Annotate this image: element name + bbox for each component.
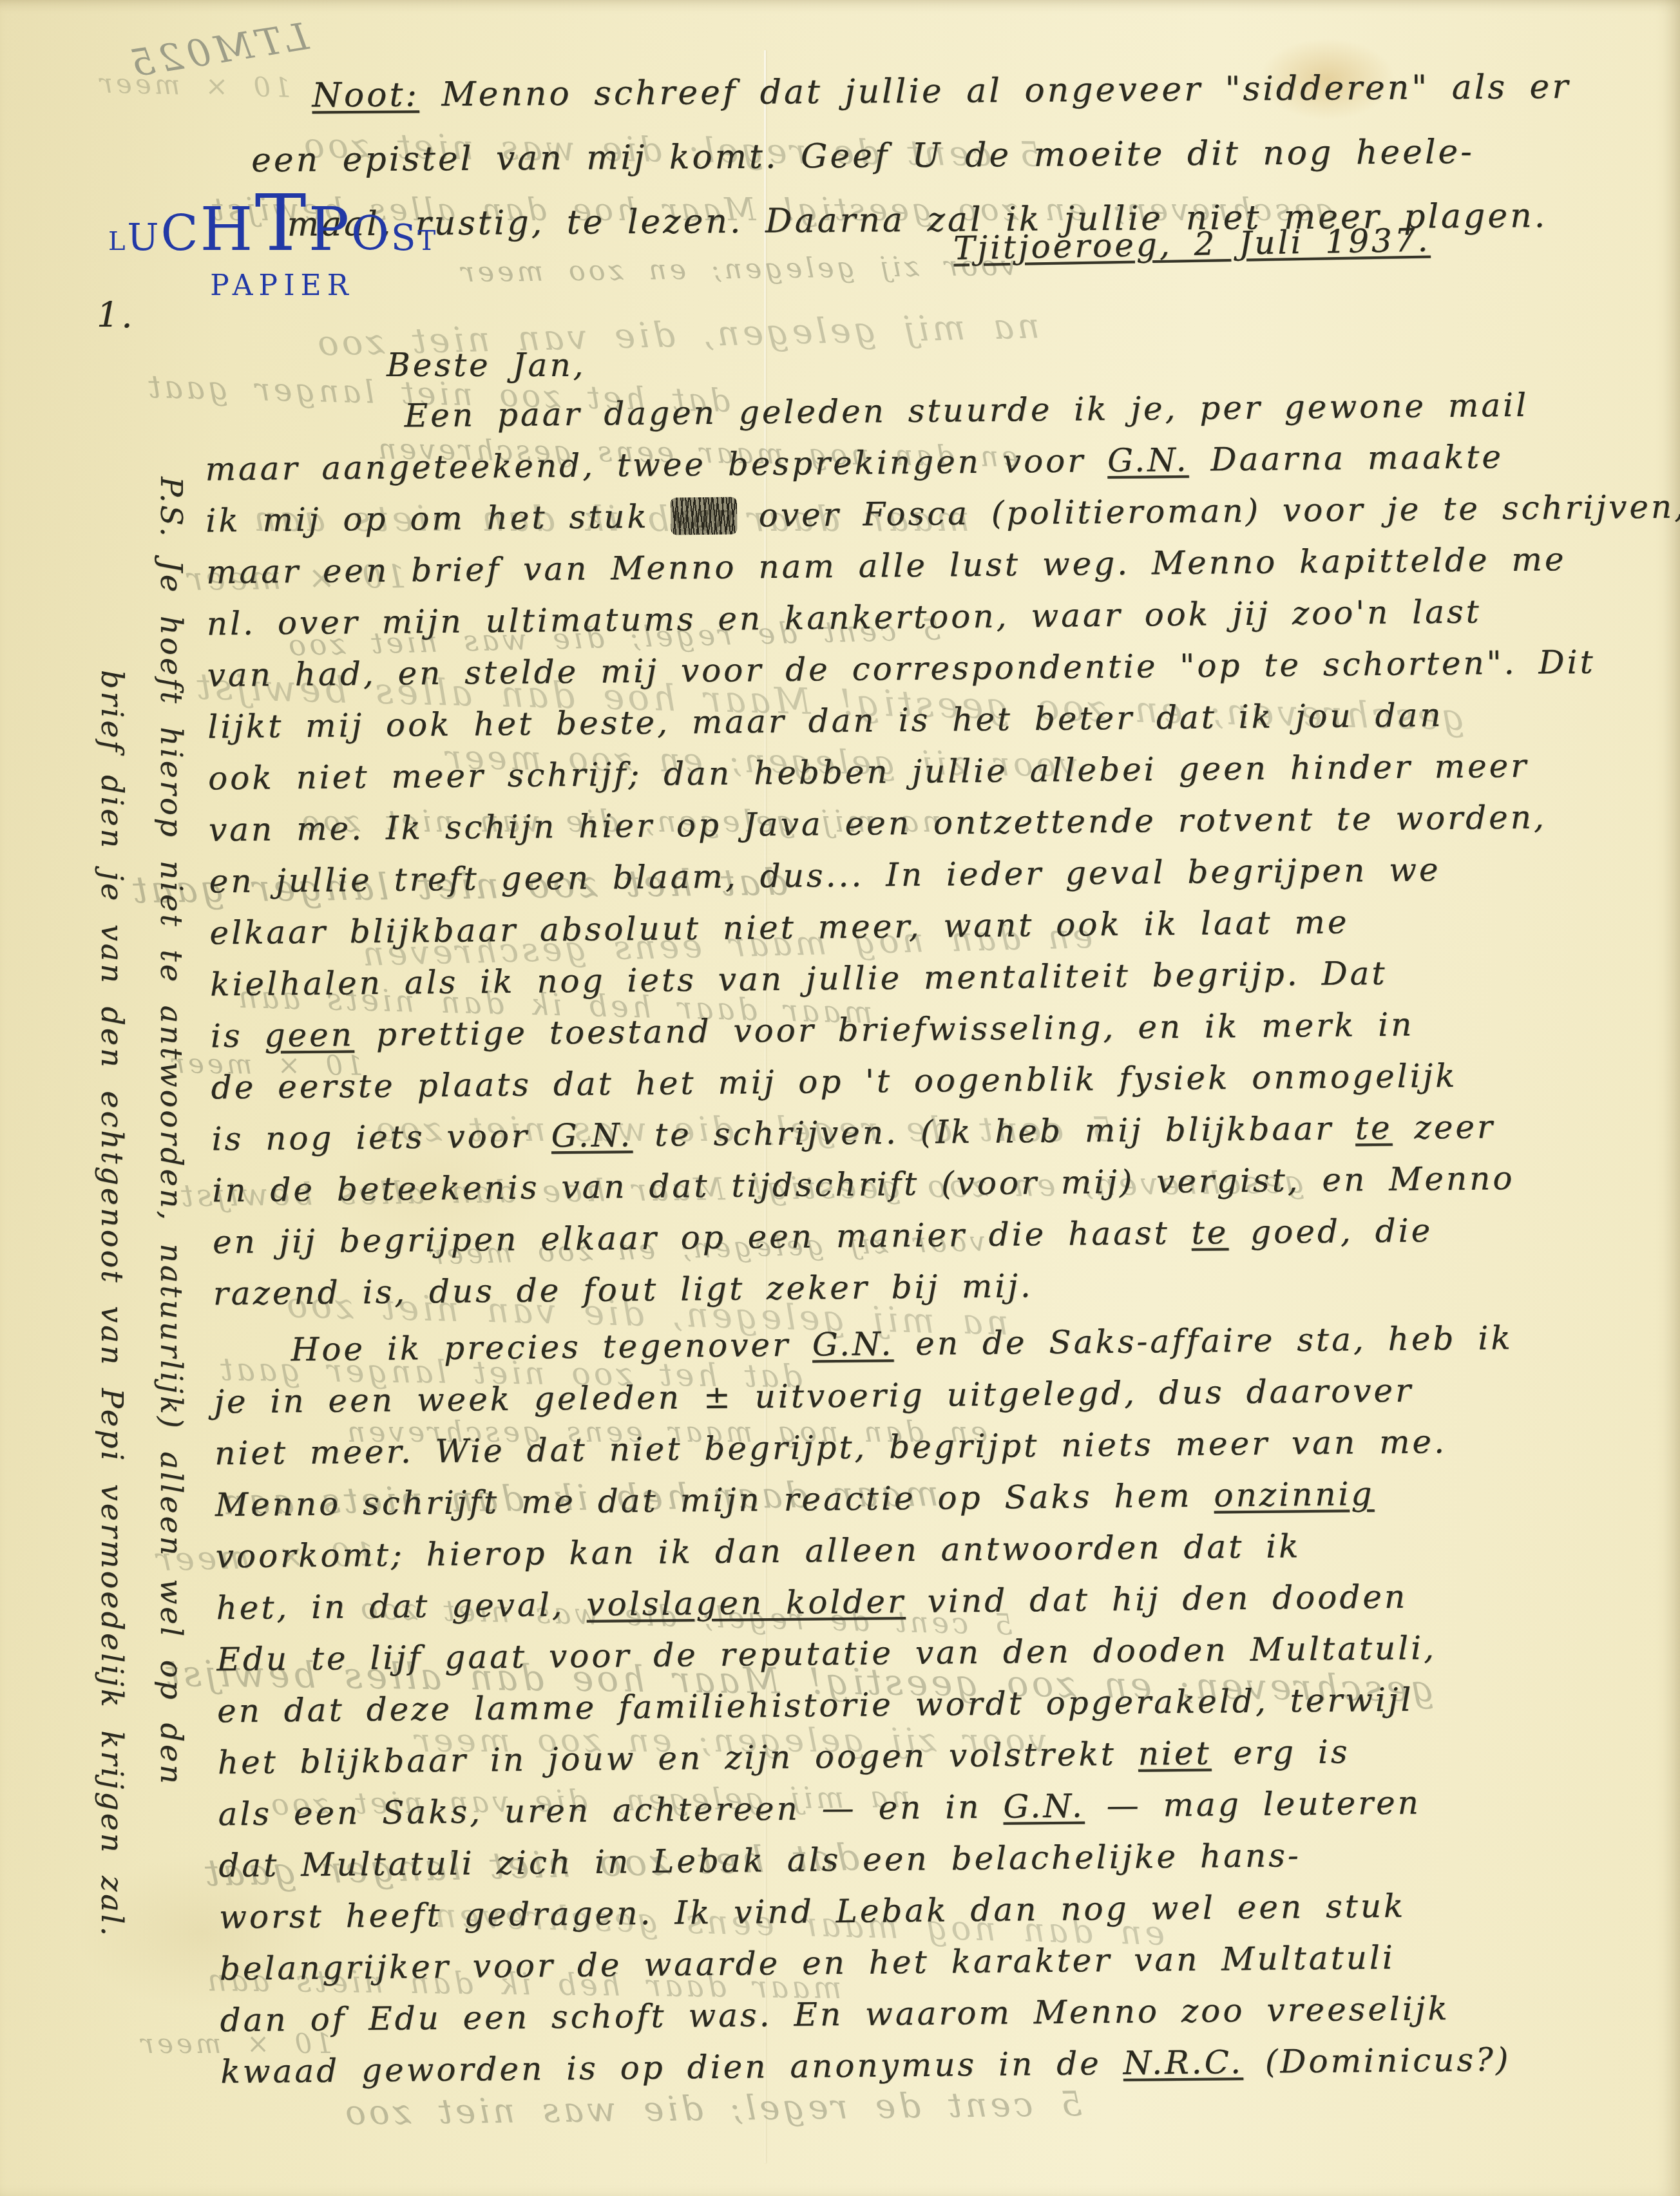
text-segment: G.N. [551, 1116, 633, 1154]
letterhead-letter: S [391, 220, 415, 256]
text-segment: je in een week geleden ± uitvoerig uitge… [214, 1371, 1413, 1420]
text-segment: G.N. [812, 1325, 894, 1363]
text-segment: en dat deze lamme familiehistorie wordt … [217, 1681, 1414, 1730]
text-segment: prettige toestand voor briefwisseling, e… [354, 1006, 1415, 1053]
text-segment: vind dat hij den dooden [906, 1578, 1408, 1620]
text-segment: niet [1138, 1735, 1211, 1773]
text-segment: het blijkbaar in jouw en zijn oogen vols… [217, 1735, 1138, 1782]
text-segment: Hoe ik precies tegenover [291, 1326, 812, 1368]
text-segment: geen [264, 1016, 354, 1054]
text-segment: zeer [1392, 1108, 1495, 1147]
paragraph-2: Hoe ik precies tegenover G.N. en de Saks… [213, 1312, 1612, 2098]
text-segment: voorkomt; hierop kan ik dan alleen antwo… [215, 1527, 1301, 1575]
letterhead-letter: H [200, 200, 253, 260]
handwritten-line: Noot: Menno schreef dat jullie al ongeve… [251, 55, 1571, 128]
text-segment: belangrijker voor de waarde en het karak… [220, 1939, 1395, 1988]
text-segment: Noot: [312, 75, 419, 115]
text-segment: van me. Ik schijn hier op Java een ontze… [209, 798, 1547, 848]
letterhead-papier: PAPIER [108, 269, 456, 302]
text-segment: G.N. [1107, 441, 1189, 479]
letterhead-letter: T [255, 186, 307, 263]
margin-postscript: P.S. Je hoeft hierop niet te antwoorden,… [82, 477, 201, 1938]
text-segment: Edu te lijf gaat voor de reputatie van d… [216, 1629, 1437, 1678]
text-segment: ook niet meer schrijf; dan hebben jullie… [208, 747, 1529, 797]
text-segment: en de Saks-affaire sta, heb ik [893, 1319, 1513, 1362]
text-segment: een epistel van mij komt. Geef U de moei… [251, 133, 1475, 180]
text-segment: worst heeft gedragen. Ik vind Lebak dan … [219, 1887, 1406, 1936]
text-segment: dat Multatuli zich in Lebak als een bela… [218, 1837, 1301, 1884]
letterhead-letter: U [128, 218, 159, 256]
text-segment: elkaar blijkbaar absoluut niet meer, wan… [209, 903, 1349, 951]
handwritten-line: een epistel van mij komt. Geef U de moei… [251, 119, 1572, 193]
text-segment: goed, die [1228, 1212, 1433, 1251]
postscript-line: brief dien je van den echtgenoot van Pep… [82, 477, 142, 1938]
text-segment: in de beteekenis van dat tijdschrift (vo… [212, 1160, 1515, 1209]
text-segment: is nog iets voor [211, 1117, 551, 1158]
text-segment: razend is, dus de fout ligt zeker bij mi… [213, 1267, 1034, 1312]
text-segment: N.R.C. [1123, 2043, 1243, 2082]
page-number: 1. [97, 295, 135, 336]
text-segment: (Dominicus?) [1243, 2041, 1511, 2081]
text-segment: de eerste plaats dat het mij op 't oogen… [211, 1057, 1457, 1107]
text-segment: van had, en stelde mij voor de correspon… [207, 644, 1596, 694]
letterhead-letter: O [351, 211, 389, 257]
text-segment: en jij begrijpen elkaar op een manier di… [213, 1214, 1192, 1261]
text-segment: over Fosca (politieroman) voor je te sch… [737, 488, 1680, 534]
text-segment: maar aangeteekend, twee besprekingen voo… [205, 442, 1107, 488]
postscript-line: P.S. Je hoeft hierop niet te antwoorden,… [142, 477, 201, 1938]
text-segment: Menno schreef dat jullie al ongeveer "si… [419, 68, 1571, 114]
text-segment: kielhalen als ik nog iets van jullie men… [210, 955, 1388, 1004]
letterhead-letter: C [160, 209, 198, 258]
text-segment: onzinnig [1214, 1475, 1375, 1514]
text-segment: het, in dat geval, [216, 1586, 587, 1627]
letterhead-letter: P [309, 200, 349, 260]
text-segment: ik mij op om het stuk [205, 497, 671, 539]
text-segment: te [1191, 1214, 1228, 1252]
paragraph-1: Een paar dagen geleden stuurde ik je, pe… [204, 379, 1605, 1320]
text-segment: te schrijven. (Ik heb mij blijkbaar [633, 1109, 1355, 1154]
letterhead: LUCHTPOST PAPIER [108, 186, 456, 302]
text-segment: volslagen kolder [586, 1583, 906, 1623]
text-segment: dan of Edu een schoft was. En waarom Men… [220, 1990, 1450, 2039]
text-segment: en jullie treft geen blaam, dus... In ie… [209, 851, 1440, 900]
scan-page: 10 × meer5 cent de regel; die was niet z… [0, 0, 1680, 2196]
text-segment: maar een brief van Menno nam alle lust w… [206, 540, 1567, 591]
letter-body: Een paar dagen geleden stuurde ik je, pe… [204, 379, 1612, 2098]
text-segment: G.N. [1003, 1787, 1085, 1825]
scratched-out-word: van [671, 497, 737, 535]
text-segment: nl. over mijn ultimatums en kankertoon, … [207, 593, 1482, 642]
text-segment: niet meer. Wie dat niet begrijpt, begrij… [215, 1423, 1447, 1472]
text-segment: te [1355, 1109, 1393, 1147]
text-segment: kwaad geworden is op dien anonymus in de [220, 2045, 1123, 2090]
text-segment: als een Saks, uren achtereen — en in [218, 1788, 1003, 1833]
text-segment: erg is [1211, 1733, 1350, 1771]
text-segment: Menno schrijft me dat mijn reactie op Sa… [215, 1476, 1214, 1523]
text-segment: Daarna maakte [1188, 438, 1503, 479]
salutation: Beste Jan, [387, 347, 586, 384]
text-segment: is [211, 1017, 265, 1055]
text-segment: — mag leuteren [1084, 1784, 1421, 1824]
letterhead-letter: T [417, 227, 435, 254]
letterhead-letter: L [108, 229, 126, 254]
letterhead-luchtpost: LUCHTPOST [108, 186, 456, 263]
text-segment: Een paar dagen geleden stuurde ik je, pe… [404, 387, 1529, 435]
text-segment: lijkt mij ook het beste, maar dan is het… [207, 696, 1444, 745]
